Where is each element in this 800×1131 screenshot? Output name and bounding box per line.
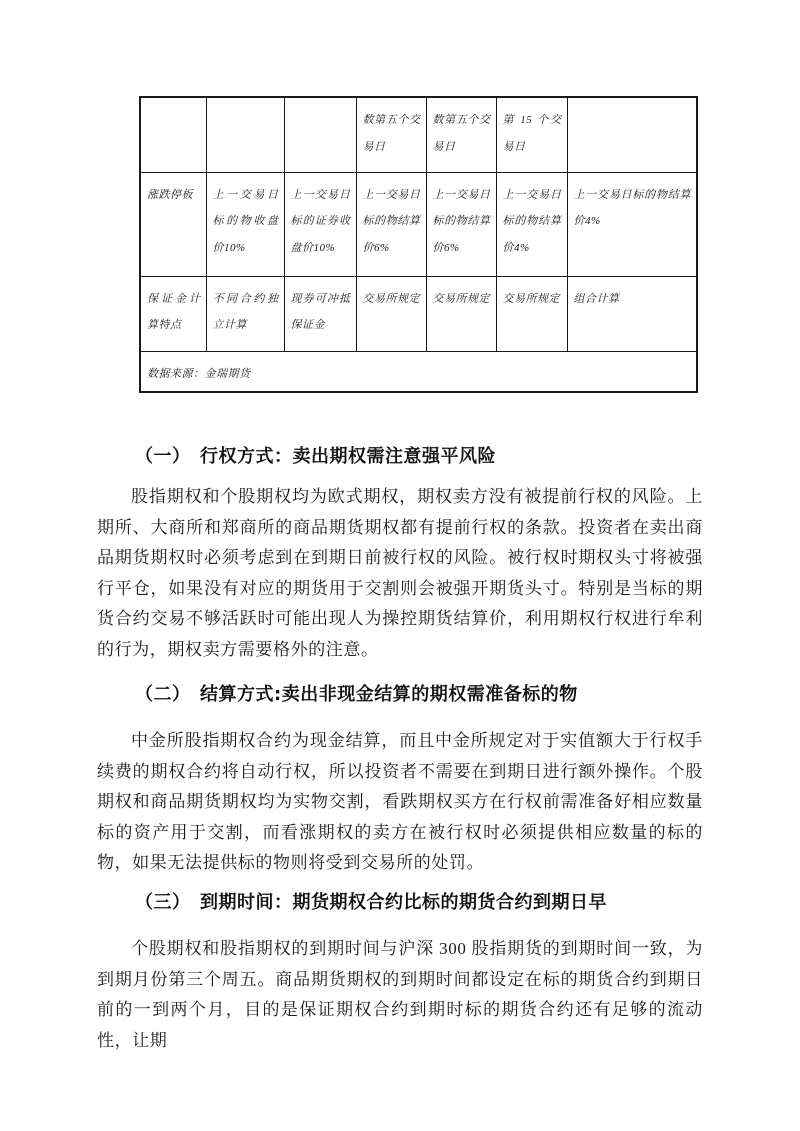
- options-comparison-table-container: 数第五个交易日 数第五个交易日 第 15 个交易日 涨跌停板 上一交易日标的物收…: [139, 96, 696, 393]
- table-cell: [140, 97, 206, 172]
- section-1-paragraph: 股指期权和个股期权均为欧式期权，期权卖方没有被提前行权的风险。上期所、大商所和郑…: [97, 482, 703, 665]
- table-cell: 现券可冲抵保证金: [284, 276, 356, 351]
- table-cell: 组合计算: [567, 276, 697, 351]
- data-source-label: 数据来源：金瑞期货: [140, 351, 697, 392]
- table-row-price-limit: 涨跌停板 上一交易日标的物收盘价10% 上一交易日标的证券收盘价10% 上一交易…: [140, 172, 697, 276]
- document-page: 数第五个交易日 数第五个交易日 第 15 个交易日 涨跌停板 上一交易日标的物收…: [0, 0, 800, 1131]
- table-row-source: 数据来源：金瑞期货: [140, 351, 697, 392]
- table-cell: [206, 97, 284, 172]
- table-cell: 第 15 个交易日: [496, 97, 567, 172]
- table-cell: 交易所规定: [496, 276, 567, 351]
- table-row-carryover: 数第五个交易日 数第五个交易日 第 15 个交易日: [140, 97, 697, 172]
- table-row-header: 涨跌停板: [140, 172, 206, 276]
- table-cell: 上一交易日标的物结算价6%: [356, 172, 426, 276]
- table-cell: 上一交易日标的物结算价6%: [426, 172, 496, 276]
- section-2-paragraph: 中金所股指期权合约为现金结算，而且中金所规定对于实值额大于行权手续费的期权合约将…: [97, 726, 703, 879]
- table-cell: 数第五个交易日: [426, 97, 496, 172]
- options-comparison-table: 数第五个交易日 数第五个交易日 第 15 个交易日 涨跌停板 上一交易日标的物收…: [139, 96, 698, 393]
- section-2-heading: （二） 结算方式:卖出非现金结算的期权需准备标的物: [97, 684, 775, 706]
- section-3-paragraph: 个股期权和股指期权的到期时间与沪深 300 股指期货的到期时间一致，为到期月份第…: [97, 934, 703, 1056]
- table-cell: 上一交易日标的证券收盘价10%: [284, 172, 356, 276]
- table-cell: 上一交易日标的物结算价4%: [496, 172, 567, 276]
- table-cell: 交易所规定: [426, 276, 496, 351]
- table-row-margin-calc: 保证金计算特点 不同合约独立计算 现券可冲抵保证金 交易所规定 交易所规定 交易…: [140, 276, 697, 351]
- section-1-heading: （一） 行权方式：卖出期权需注意强平风险: [97, 446, 775, 468]
- table-cell: 上一交易日标的物收盘价10%: [206, 172, 284, 276]
- table-cell: 数第五个交易日: [356, 97, 426, 172]
- table-row-header: 保证金计算特点: [140, 276, 206, 351]
- table-cell: 上一交易日标的物结算价4%: [567, 172, 697, 276]
- table-cell: [284, 97, 356, 172]
- table-cell: [567, 97, 697, 172]
- section-3-heading: （三） 到期时间：期货期权合约比标的期货合约到期日早: [97, 892, 775, 914]
- table-cell: 不同合约独立计算: [206, 276, 284, 351]
- table-cell: 交易所规定: [356, 276, 426, 351]
